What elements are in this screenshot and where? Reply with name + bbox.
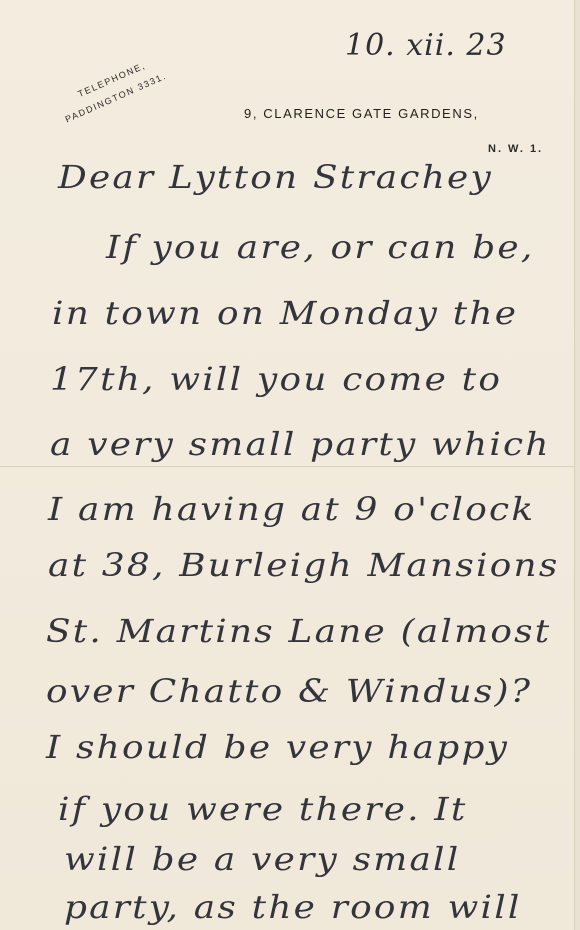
letterhead-telephone: TELEPHONE, PADDINGTON 3331. (62, 51, 170, 125)
letterhead-address: 9, CLARENCE GATE GARDENS, (244, 106, 479, 121)
letter-line: party, as the room will (64, 888, 522, 926)
letter-line: a very small party which (50, 425, 551, 463)
letter-line: will be a very small (64, 840, 460, 878)
salutation: Dear Lytton Strachey (58, 158, 493, 196)
letter-line: St. Martins Lane (almost (46, 612, 551, 650)
letter-line: I am having at 9 o'clock (48, 490, 535, 528)
paper-fold (0, 466, 574, 467)
letter-line: If you are, or can be, (106, 228, 534, 266)
letter-date: 10. xii. 23 (345, 28, 507, 63)
letter-line: 17th, will you come to (50, 360, 502, 398)
letter-line: at 38, Burleigh Mansions (48, 546, 559, 584)
letter-line: over Chatto & Windus)? (46, 672, 532, 710)
letter-line: if you were there. It (58, 790, 467, 828)
letter-line: in town on Monday the (52, 294, 518, 332)
letterhead-postcode: N. W. 1. (488, 143, 543, 155)
letter-page: TELEPHONE, PADDINGTON 3331. 10. xii. 23 … (0, 0, 575, 930)
letter-line: I should be very happy (46, 728, 509, 766)
